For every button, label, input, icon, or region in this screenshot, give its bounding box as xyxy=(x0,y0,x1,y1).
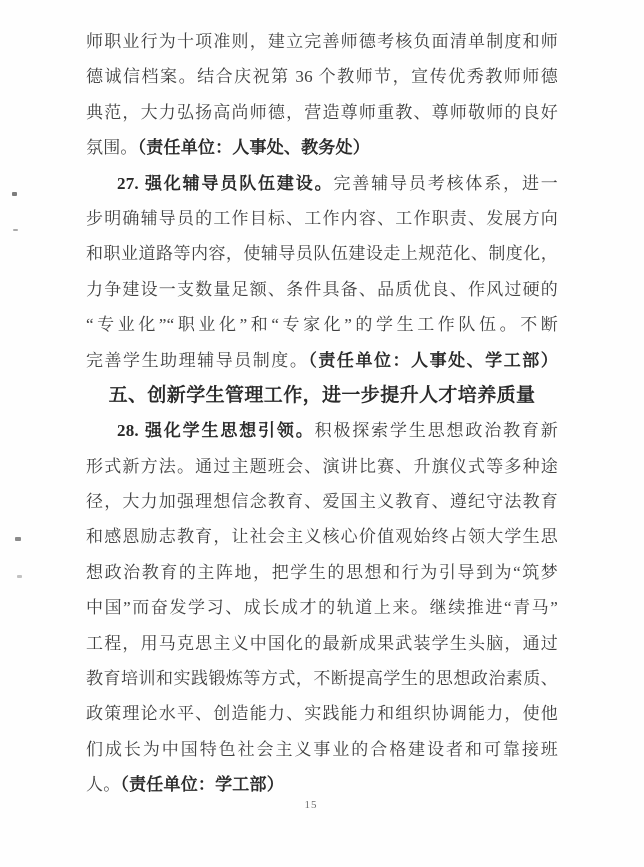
text-line: 们成长为中国特色社会主义事业的合格建设者和可靠接班 xyxy=(86,732,558,767)
text-segment: 和职业道路等内容，使辅导员队伍建设走上规范化、制度化， xyxy=(86,244,558,263)
text-line: 和职业道路等内容，使辅导员队伍建设走上规范化、制度化， xyxy=(86,236,558,271)
text-segment: 师职业行为十项准则，建立完善师德考核负面清单制度和师 xyxy=(86,32,558,51)
text-line: 想政治教育的主阵地，把学生的思想和行为引导到为“筑梦 xyxy=(86,555,558,590)
text-segment: 中国”而奋发学习、成长成才的轨道上来。继续推进“青马” xyxy=(86,598,558,617)
scan-speck xyxy=(12,192,17,196)
text-segment: 完善学生助理辅导员制度。 xyxy=(86,351,308,370)
text-line: 氛围。（责任单位：人事处、教务处） xyxy=(86,130,558,165)
text-line: 完善学生助理辅导员制度。（责任单位：人事处、学工部） xyxy=(86,343,558,378)
text-line: 典范，大力弘扬高尚师德，营造尊师重教、尊师敬师的良好 xyxy=(86,95,558,130)
text-line: 教育培训和实践锻炼等方式，不断提高学生的思想政治素质、 xyxy=(86,661,558,696)
bold-text-segment: 28. 强化学生思想引领。 xyxy=(117,421,315,440)
document-content: 师职业行为十项准则，建立完善师德考核负面清单制度和师德诚信档案。结合庆祝第 36… xyxy=(86,24,558,803)
scan-speck xyxy=(17,575,22,578)
text-line: 和感恩励志教育，让社会主义核心价值观始终占领大学生思 xyxy=(86,519,558,554)
heading-section-five: 五、创新学生管理工作，进一步提升人才培养质量 xyxy=(86,378,558,413)
bold-text-segment: （责任单位：学工部） xyxy=(120,775,284,794)
text-segment: 典范，大力弘扬高尚师德，营造尊师重教、尊师敬师的良好 xyxy=(86,103,558,122)
bold-text-segment: 五、创新学生管理工作，进一步提升人才培养质量 xyxy=(109,385,536,406)
text-segment: 氛围。 xyxy=(86,138,138,157)
bold-text-segment: 27. 强化辅导员队伍建设。 xyxy=(117,174,333,193)
text-segment: 径，大力加强理想信念教育、爱国主义教育、遵纪守法教育 xyxy=(86,492,558,511)
bold-text-segment: （责任单位：人事处、学工部） xyxy=(308,351,558,370)
text-segment: 工程，用马克思主义中国化的最新成果武装学生头脑，通过 xyxy=(86,634,558,653)
para-teacher-ethics-continuation: 师职业行为十项准则，建立完善师德考核负面清单制度和师德诚信档案。结合庆祝第 36… xyxy=(86,24,558,166)
text-segment: 积极探索学生思想政治教育新 xyxy=(315,421,558,440)
text-line: 形式新方法。通过主题班会、演讲比赛、升旗仪式等多种途 xyxy=(86,449,558,484)
text-segment: 政策理论水平、创造能力、实践能力和组织协调能力，使他 xyxy=(86,704,558,723)
text-segment: 形式新方法。通过主题班会、演讲比赛、升旗仪式等多种途 xyxy=(86,457,558,476)
page-number: 15 xyxy=(305,799,318,811)
page-footer: 15 xyxy=(0,795,622,813)
text-segment: 人。 xyxy=(86,775,120,794)
text-line: 27. 强化辅导员队伍建设。完善辅导员考核体系，进一 xyxy=(86,166,558,201)
text-line: 师职业行为十项准则，建立完善师德考核负面清单制度和师 xyxy=(86,24,558,59)
text-segment: 们成长为中国特色社会主义事业的合格建设者和可靠接班 xyxy=(86,740,558,759)
text-line: 政策理论水平、创造能力、实践能力和组织协调能力，使他 xyxy=(86,696,558,731)
text-segment: 步明确辅导员的工作目标、工作内容、工作职责、发展方向 xyxy=(86,209,558,228)
text-segment: 想政治教育的主阵地，把学生的思想和行为引导到为“筑梦 xyxy=(86,563,558,582)
text-segment: 和感恩励志教育，让社会主义核心价值观始终占领大学生思 xyxy=(86,527,558,546)
text-segment: “专业化”“职业化”和“专家化”的学生工作队伍。不断 xyxy=(86,315,558,334)
text-line: 工程，用马克思主义中国化的最新成果武装学生头脑，通过 xyxy=(86,626,558,661)
text-line: 径，大力加强理想信念教育、爱国主义教育、遵纪守法教育 xyxy=(86,484,558,519)
text-line: 中国”而奋发学习、成长成才的轨道上来。继续推进“青马” xyxy=(86,590,558,625)
text-segment: 力争建设一支数量足额、条件具备、品质优良、作风过硬的 xyxy=(86,280,558,299)
text-line: 力争建设一支数量足额、条件具备、品质优良、作风过硬的 xyxy=(86,272,558,307)
text-line: “专业化”“职业化”和“专家化”的学生工作队伍。不断 xyxy=(86,307,558,342)
bold-text-segment: （责任单位：人事处、教务处） xyxy=(138,138,370,157)
scan-speck xyxy=(13,229,18,231)
text-line: 步明确辅导员的工作目标、工作内容、工作职责、发展方向 xyxy=(86,201,558,236)
section-heading: 五、创新学生管理工作，进一步提升人才培养质量 xyxy=(86,378,558,413)
text-segment: 教育培训和实践锻炼等方式，不断提高学生的思想政治素质、 xyxy=(86,669,558,688)
document-page: 师职业行为十项准则，建立完善师德考核负面清单制度和师德诚信档案。结合庆祝第 36… xyxy=(0,0,644,867)
text-segment: 完善辅导员考核体系，进一 xyxy=(333,174,558,193)
text-line: 28. 强化学生思想引领。积极探索学生思想政治教育新 xyxy=(86,413,558,448)
para-27-counselor-team-building: 27. 强化辅导员队伍建设。完善辅导员考核体系，进一步明确辅导员的工作目标、工作… xyxy=(86,166,558,378)
text-line: 德诚信档案。结合庆祝第 36 个教师节，宣传优秀教师师德 xyxy=(86,59,558,94)
text-segment: 德诚信档案。结合庆祝第 36 个教师节，宣传优秀教师师德 xyxy=(86,67,558,86)
scan-speck xyxy=(15,537,21,541)
para-28-student-ideological-guidance: 28. 强化学生思想引领。积极探索学生思想政治教育新形式新方法。通过主题班会、演… xyxy=(86,413,558,802)
